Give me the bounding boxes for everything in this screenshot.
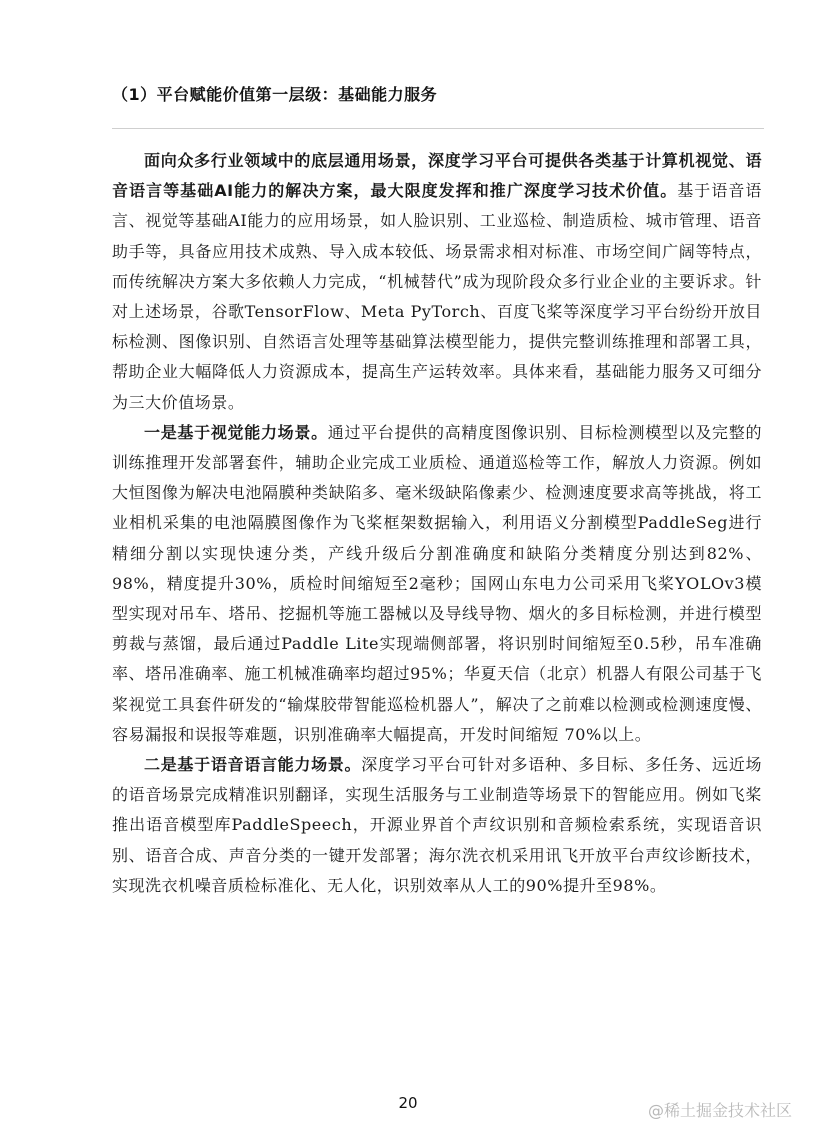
paragraph-intro: 面向众多行业领域中的底层通用场景，深度学习平台可提供各类基于计算机视觉、语音语言… bbox=[112, 146, 762, 418]
paragraph-text: 深度学习平台可针对多语种、多目标、多任务、远近场的语音场景完成精准识别翻译，实现… bbox=[112, 755, 762, 895]
paragraph-lead: 一是基于视觉能力场景。 bbox=[144, 423, 328, 442]
paragraph-lead: 二是基于语音语言能力场景。 bbox=[144, 755, 361, 774]
paragraph-vision: 一是基于视觉能力场景。通过平台提供的高精度图像识别、目标检测模型以及完整的训练推… bbox=[112, 418, 762, 750]
document-body: 面向众多行业领域中的底层通用场景，深度学习平台可提供各类基于计算机视觉、语音语言… bbox=[112, 146, 762, 901]
section-heading: （1）平台赋能价值第一层级：基础能力服务 bbox=[112, 82, 437, 105]
watermark: @稀土掘金技术社区 bbox=[648, 1098, 792, 1121]
paragraph-text: 通过平台提供的高精度图像识别、目标检测模型以及完整的训练推理开发部署套件，辅助企… bbox=[112, 423, 762, 744]
paragraph-lead: 面向众多行业领域中的底层通用场景，深度学习平台可提供各类基于计算机视觉、语音语言… bbox=[112, 151, 762, 200]
paragraph-speech: 二是基于语音语言能力场景。深度学习平台可针对多语种、多目标、多任务、远近场的语音… bbox=[112, 750, 762, 901]
paragraph-text: 基于语音语言、视觉等基础AI能力的应用场景，如人脸识别、工业巡检、制造质检、城市… bbox=[112, 181, 762, 411]
heading-divider bbox=[112, 128, 764, 129]
